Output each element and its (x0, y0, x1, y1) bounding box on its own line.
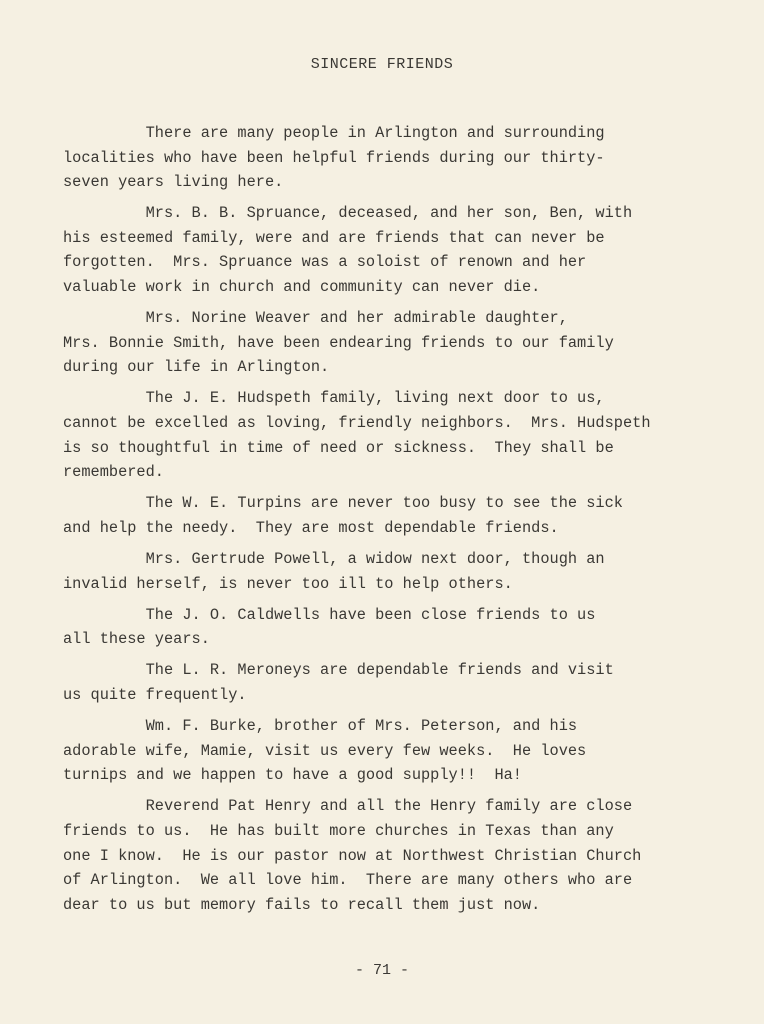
text-line: seven years living here. (63, 170, 723, 195)
paragraph-hudspeth: The J. E. Hudspeth family, living next d… (63, 386, 723, 484)
page-title: SINCERE FRIENDS (0, 56, 764, 73)
paragraph-turpins: The W. E. Turpins are never too busy to … (63, 491, 723, 540)
paragraph-weaver: Mrs. Norine Weaver and her admirable dau… (63, 306, 723, 380)
text-line: adorable wife, Mamie, visit us every few… (63, 739, 723, 764)
paragraph-spruance: Mrs. B. B. Spruance, deceased, and her s… (63, 201, 723, 299)
text-line: is so thoughtful in time of need or sick… (63, 436, 723, 461)
text-line: There are many people in Arlington and s… (63, 121, 723, 146)
text-line: during our life in Arlington. (63, 355, 723, 380)
text-line: forgotten. Mrs. Spruance was a soloist o… (63, 250, 723, 275)
text-line: remembered. (63, 460, 723, 485)
text-line: cannot be excelled as loving, friendly n… (63, 411, 723, 436)
text-line: Wm. F. Burke, brother of Mrs. Peterson, … (63, 714, 723, 739)
text-line: Mrs. B. B. Spruance, deceased, and her s… (63, 201, 723, 226)
text-line: us quite frequently. (63, 683, 723, 708)
text-line: Reverend Pat Henry and all the Henry fam… (63, 794, 723, 819)
paragraph-henry: Reverend Pat Henry and all the Henry fam… (63, 794, 723, 917)
text-line: localities who have been helpful friends… (63, 146, 723, 171)
paragraph-meroneys: The L. R. Meroneys are dependable friend… (63, 658, 723, 707)
text-line: valuable work in church and community ca… (63, 275, 723, 300)
text-line: The L. R. Meroneys are dependable friend… (63, 658, 723, 683)
paragraph-intro: There are many people in Arlington and s… (63, 121, 723, 195)
text-line: friends to us. He has built more churche… (63, 819, 723, 844)
text-line: Mrs. Gertrude Powell, a widow next door,… (63, 547, 723, 572)
text-line: of Arlington. We all love him. There are… (63, 868, 723, 893)
paragraph-burke: Wm. F. Burke, brother of Mrs. Peterson, … (63, 714, 723, 788)
text-line: and help the needy. They are most depend… (63, 516, 723, 541)
text-line: The J. E. Hudspeth family, living next d… (63, 386, 723, 411)
text-line: Mrs. Norine Weaver and her admirable dau… (63, 306, 723, 331)
text-line: Mrs. Bonnie Smith, have been endearing f… (63, 331, 723, 356)
paragraph-powell: Mrs. Gertrude Powell, a widow next door,… (63, 547, 723, 596)
document-body: There are many people in Arlington and s… (63, 121, 723, 917)
text-line: his esteemed family, were and are friend… (63, 226, 723, 251)
text-line: The J. O. Caldwells have been close frie… (63, 603, 723, 628)
paragraph-caldwells: The J. O. Caldwells have been close frie… (63, 603, 723, 652)
page-number: - 71 - (0, 962, 764, 979)
text-line: The W. E. Turpins are never too busy to … (63, 491, 723, 516)
text-line: invalid herself, is never too ill to hel… (63, 572, 723, 597)
text-line: turnips and we happen to have a good sup… (63, 763, 723, 788)
text-line: dear to us but memory fails to recall th… (63, 893, 723, 918)
text-line: one I know. He is our pastor now at Nort… (63, 844, 723, 869)
document-page: SINCERE FRIENDS There are many people in… (0, 0, 764, 1024)
text-line: all these years. (63, 627, 723, 652)
